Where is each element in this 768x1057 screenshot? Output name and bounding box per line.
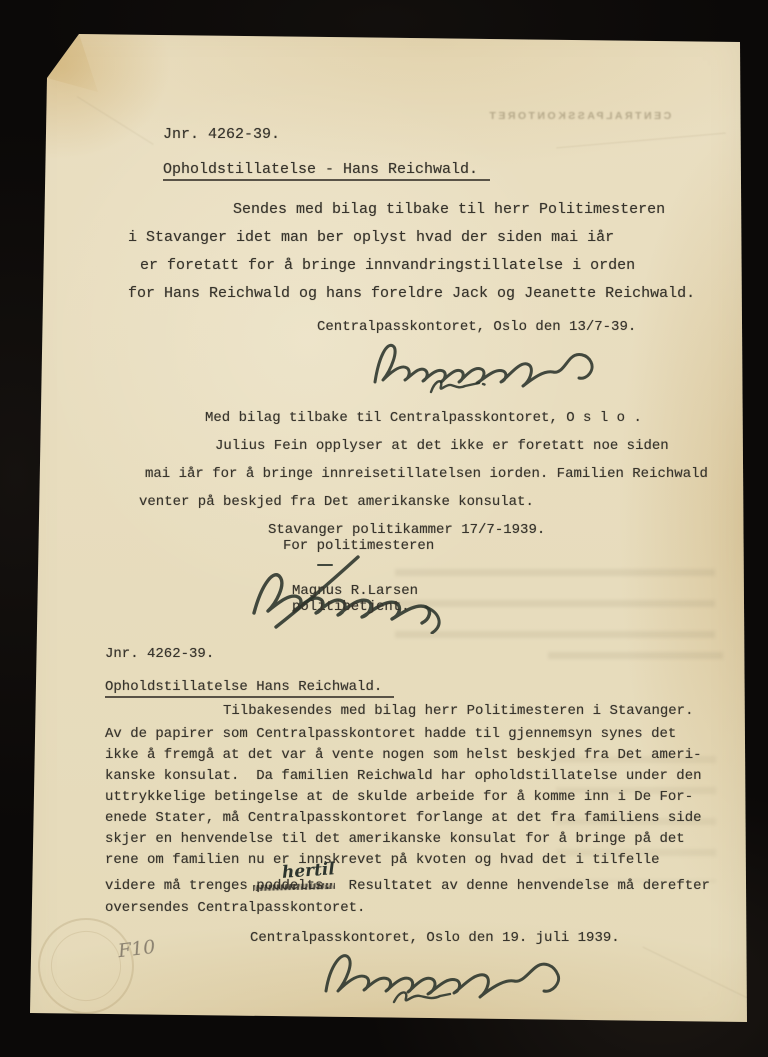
pencil-mark: F10 xyxy=(117,936,157,962)
body-line: kanske konsulat. Da familien Reichwald h… xyxy=(105,768,702,784)
body-line-corrected: videre må trenges poddelts. Resultatet a… xyxy=(105,878,710,894)
crease-line-2 xyxy=(76,96,153,145)
body-line: er foretatt for å bringe innvandringstil… xyxy=(140,257,635,274)
signature-3-flourish-ink xyxy=(388,986,458,1010)
photo-background: CENTRALPASSKONTORET Jnr. 4262-39. Ophold… xyxy=(0,0,768,1057)
body-line: oversendes Centralpasskontoret. xyxy=(105,900,365,916)
signature-1-flourish-ink xyxy=(425,374,490,400)
document-paper: CENTRALPASSKONTORET Jnr. 4262-39. Ophold… xyxy=(0,0,768,1057)
body-line: venter på beskjed fra Det amerikanske ko… xyxy=(139,494,534,510)
body-line: Julius Fein opplyser at det ikke er fore… xyxy=(215,438,669,454)
body-line: rene om familien nu er innskrevet på kvo… xyxy=(105,852,660,868)
journal-number-2: Jnr. 4262-39. xyxy=(105,646,214,662)
signer-name: Magnus R.Larsen xyxy=(292,583,418,599)
body-line: Tilbakesendes med bilag herr Politimeste… xyxy=(223,703,693,719)
body-line: for Hans Reichwald og hans foreldre Jack… xyxy=(128,285,695,302)
corrected-line-struck-word: poddelts. xyxy=(256,878,332,894)
subject-line-2: Opholdstillatelse Hans Reichwald. xyxy=(105,679,394,698)
body-line: Sendes med bilag tilbake til herr Politi… xyxy=(233,201,665,218)
bleedthrough-smudge-2 xyxy=(548,628,723,673)
place-date-line: Stavanger politikammer 17/7-1939. xyxy=(268,522,545,538)
body-line: mai iår for å bringe innreisetillatelsen… xyxy=(145,466,708,482)
body-line: ikke å fremgå at det var å vente nogen s… xyxy=(105,747,702,763)
body-line: i Stavanger idet man ber oplyst hvad der… xyxy=(128,229,614,246)
crease-line-3 xyxy=(556,133,726,150)
embossed-stamp xyxy=(29,909,143,1023)
dateline-1: Centralpasskontoret, Oslo den 13/7-39. xyxy=(317,319,636,335)
dateline-2: Centralpasskontoret, Oslo den 19. juli 1… xyxy=(250,930,620,946)
body-line: skjer en henvendelse til det amerikanske… xyxy=(105,831,685,847)
corrected-line-post: Resultatet av denne henvendelse må deref… xyxy=(332,878,710,894)
bleedthrough-text: CENTRALPASSKONTORET xyxy=(487,110,671,122)
corrected-line-pre: videre må trenges xyxy=(105,878,256,894)
signer-title: politibetjent. xyxy=(292,599,410,615)
folded-corner xyxy=(0,0,130,130)
body-line: Av de papirer som Centralpasskontoret ha… xyxy=(105,726,676,742)
reply-heading: Med bilag tilbake til Centralpasskontore… xyxy=(205,410,642,426)
crease-line-4 xyxy=(642,947,760,1006)
embossed-stamp-inner xyxy=(44,924,127,1007)
body-line: uttrykkelige betingelse at de skulde arb… xyxy=(105,789,693,805)
journal-number-1: Jnr. 4262-39. xyxy=(163,126,280,143)
subject-line-1: Opholdstillatelse - Hans Reichwald. xyxy=(163,161,490,181)
body-line: enede Stater, må Centralpasskontoret for… xyxy=(105,810,702,826)
